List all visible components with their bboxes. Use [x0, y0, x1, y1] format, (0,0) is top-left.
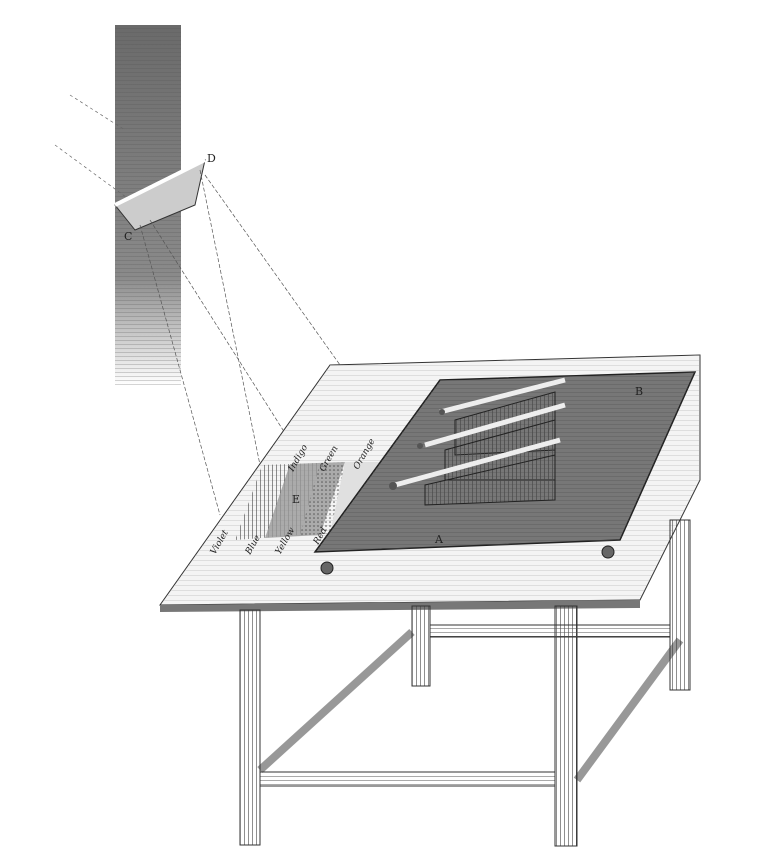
engraving-illustration: D C E Violet Blue Yellow Red Indigo: [0, 0, 768, 860]
prism-label-d: D: [207, 152, 216, 165]
board-label-b: B: [635, 385, 643, 398]
board-label-a: A: [434, 533, 444, 546]
spectrum-label-e: E: [292, 493, 300, 506]
prism-label-c: C: [124, 230, 132, 243]
